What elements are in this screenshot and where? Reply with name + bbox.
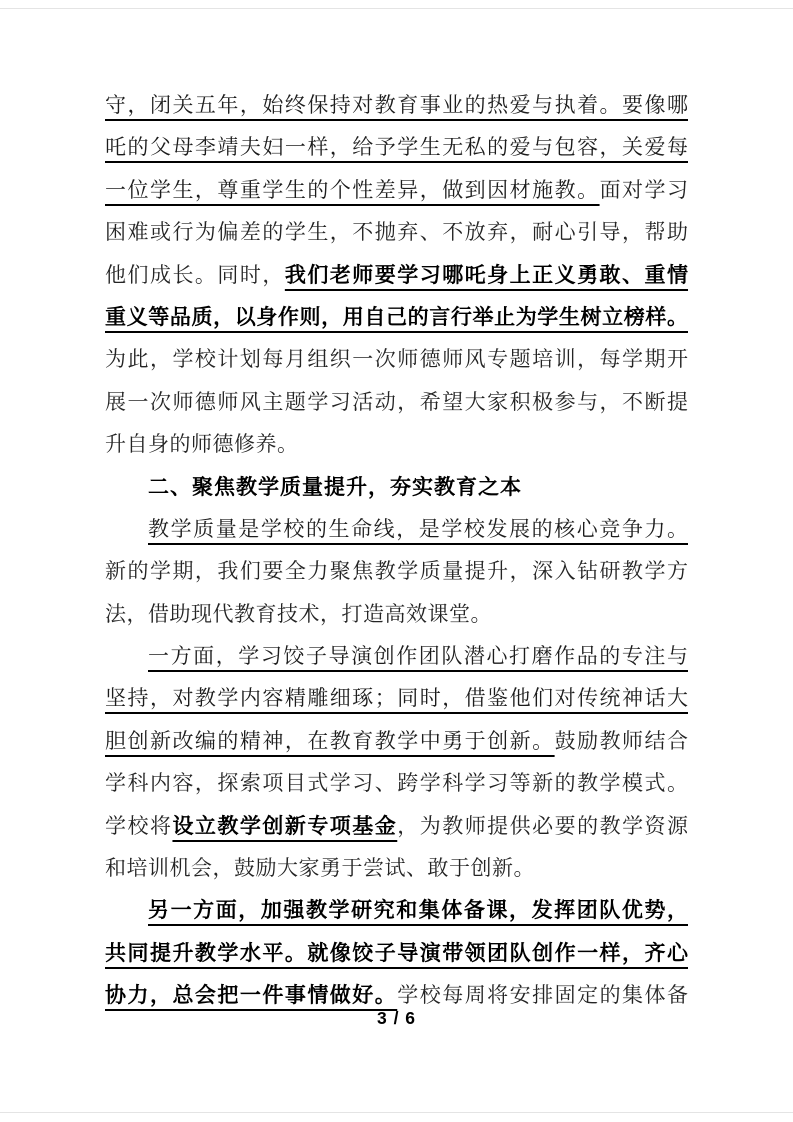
page-number: 3 / 6 [377,1008,416,1028]
text-run-bold-underline: 另一方面，加强教学研究和集体备课，发挥团队优势， [148,898,688,922]
text-line: 法，借助现代教育技术，打造高效课堂。 [105,593,688,635]
text-line: 吒的父母李靖夫妇一样，给予学生无私的爱与包容，关爱每 [105,126,688,168]
text-run-regular: 他们成长。同时， [105,263,285,287]
text-run-underline: 胆创新改编的精神，在教育教学中勇于创新。 [105,729,555,753]
text-run-regular: 法，借助现代教育技术，打造高效课堂。 [105,602,492,626]
text-line: 学科内容，探索项目式学习、跨学科学习等新的教学模式。 [105,762,688,804]
text-line: 升自身的师德修养。 [105,423,688,465]
text-line: 教学质量是学校的生命线，是学校发展的核心竞争力。 [105,508,688,550]
page-bottom-edge [0,1112,793,1113]
text-line: 困难或行为偏差的学生，不抛弃、不放弃，耐心引导，帮助 [105,211,688,253]
text-line: 一方面，学习饺子导演创作团队潜心打磨作品的专注与 [105,635,688,677]
text-run-underline: 吒的父母李靖夫妇一样，给予学生无私的爱与包容，关爱每 [105,135,688,159]
text-run-regular: 展一次师德师风主题学习活动，希望大家积极参与，不断提 [105,390,688,414]
section-heading: 二、聚焦教学质量提升，夯实教育之本 [105,466,688,508]
text-run-regular: ，为教师提供必要的教学资源 [397,814,688,838]
page-top-edge [0,8,793,9]
text-run-regular: 和培训机会，鼓励大家勇于尝试、敢于创新。 [105,856,535,880]
text-line: 另一方面，加强教学研究和集体备课，发挥团队优势， [105,889,688,931]
text-line: 守，闭关五年，始终保持对教育事业的热爱与执着。要像哪 [105,84,688,126]
text-line: 为此，学校计划每月组织一次师德师风专题培训，每学期开 [105,338,688,380]
page-footer: 3 / 6 [0,1008,793,1029]
text-run-bold-underline: 设立教学创新专项基金 [172,814,397,838]
text-run-regular: 学校将 [105,814,172,838]
text-line: 新的学期，我们要全力聚焦教学质量提升，深入钻研教学方 [105,550,688,592]
text-run-regular: 面对学习 [600,178,688,202]
text-run-regular: 为此，学校计划每月组织一次师德师风专题培训，每学期开 [105,347,688,371]
text-run-regular: 鼓励教师结合 [555,729,688,753]
text-run-underline: 一位学生，尊重学生的个性差异，做到因材施教。 [105,178,600,202]
text-run-underline: 坚持，对教学内容精雕细琢；同时，借鉴他们对传统神话大 [105,686,688,710]
text-line: 他们成长。同时，我们老师要学习哪吒身上正义勇敢、重情 [105,254,688,296]
text-run-regular: 新的学期，我们要全力聚焦教学质量提升，深入钻研教学方 [105,559,688,583]
text-line: 学校将设立教学创新专项基金，为教师提供必要的教学资源 [105,805,688,847]
text-run-bold: 二、聚焦教学质量提升，夯实教育之本 [148,475,522,499]
text-line: 坚持，对教学内容精雕细琢；同时，借鉴他们对传统神话大 [105,677,688,719]
text-line: 一位学生，尊重学生的个性差异，做到因材施教。面对学习 [105,169,688,211]
text-line: 重义等品质，以身作则，用自己的言行举止为学生树立榜样。 [105,296,688,338]
text-run-bold-underline: 协力，总会把一件事情做好。 [105,983,397,1007]
text-line: 和培训机会，鼓励大家勇于尝试、敢于创新。 [105,847,688,889]
text-run-regular: 学科内容，探索项目式学习、跨学科学习等新的教学模式。 [105,771,688,795]
text-run-bold-underline: 重义等品质，以身作则，用自己的言行举止为学生树立榜样。 [105,305,688,329]
text-run-underline: 守，闭关五年，始终保持对教育事业的热爱与执着。要像哪 [105,93,688,117]
text-run-bold-underline: 我们老师要学习哪吒身上正义勇敢、重情 [285,263,688,287]
text-line: 共同提升教学水平。就像饺子导演带领团队创作一样，齐心 [105,932,688,974]
text-run-underline: 一方面，学习饺子导演创作团队潜心打磨作品的专注与 [148,644,688,668]
text-line: 胆创新改编的精神，在教育教学中勇于创新。鼓励教师结合 [105,720,688,762]
text-run-regular: 困难或行为偏差的学生，不抛弃、不放弃，耐心引导，帮助 [105,220,688,244]
document-body: 守，闭关五年，始终保持对教育事业的热爱与执着。要像哪吒的父母李靖夫妇一样，给予学… [105,84,688,1017]
text-run-bold-underline: 共同提升教学水平。就像饺子导演带领团队创作一样，齐心 [105,941,688,965]
text-run-regular: 学校每周将安排固定的集体备 [397,983,688,1007]
text-line: 展一次师德师风主题学习活动，希望大家积极参与，不断提 [105,381,688,423]
text-run-regular: 升自身的师德修养。 [105,432,299,456]
text-run-underline: 教学质量是学校的生命线，是学校发展的核心竞争力。 [148,517,688,541]
